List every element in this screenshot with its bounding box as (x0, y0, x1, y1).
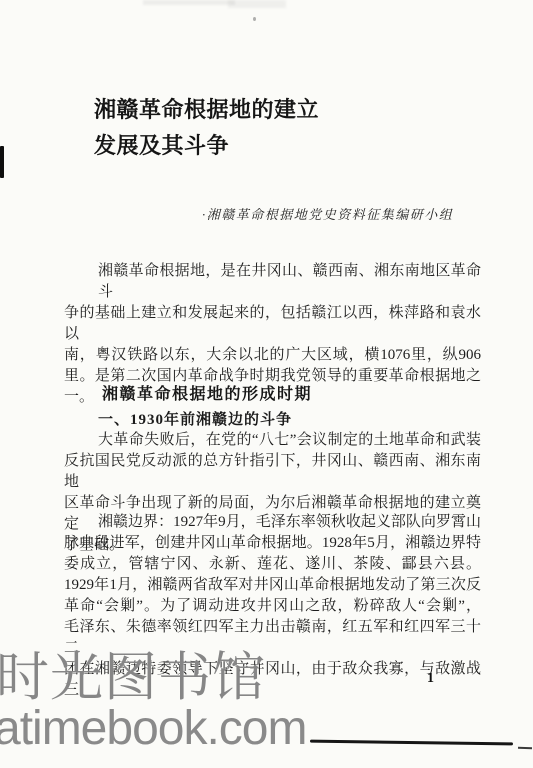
body-line: 湘赣边界：1927年9月，毛泽东率领秋收起义部队向罗霄山 (64, 512, 481, 533)
watermark-site-domain: atimebook.com (0, 703, 306, 755)
scanned-book-page: 湘赣革命根据地的建立 发展及其斗争 ·湘赣革命根据地党史资料征集编研小组 湘赣革… (0, 0, 533, 768)
article-title-line-2: 发展及其斗争 (94, 128, 319, 164)
article-title: 湘赣革命根据地的建立 发展及其斗争 (94, 92, 319, 164)
article-title-line-1: 湘赣革命根据地的建立 (94, 92, 319, 128)
body-line: 南，粤汉铁路以东，大余以北的广大区域，横1076里，纵906 (64, 345, 481, 366)
body-line: 革命“会剿”。为了调动进攻井冈山之敌，粉碎敌人“会剿”， (64, 596, 481, 617)
sub-heading: 一、1930年前湘赣边的斗争 (98, 408, 292, 429)
footer-rule-dash (518, 747, 532, 749)
author-byline: ·湘赣革命根据地党史资料征集编研小组 (202, 204, 492, 223)
footer-rule (310, 740, 513, 746)
body-line: 反抗国民党反动派的总方针指引下，井冈山、赣西南、湘东南地 (64, 451, 481, 493)
watermark-site-name: 时光图书馆 (0, 650, 266, 706)
body-line: 争的基础上建立和发展起来的，包括赣江以西，株萍路和袁水以 (64, 303, 481, 345)
binding-mark (0, 146, 4, 178)
scan-artifact (143, 0, 235, 5)
scan-artifact (253, 17, 256, 21)
body-line: 湘赣革命根据地，是在井冈山、赣西南、湘东南地区革命斗 (64, 261, 481, 303)
body-line: 脉中段进军，创建井冈山革命根据地。1928年5月，湘赣边界特 (64, 533, 481, 554)
body-line: 1929年1月，湘赣两省敌军对井冈山革命根据地发动了第三次反 (64, 575, 481, 596)
page-number: 1 (427, 671, 434, 687)
body-line: 大革命失败后，在党的“八七”会议制定的土地革命和武装 (64, 430, 481, 451)
section-heading: 湘赣革命根据地的形成时期 (102, 381, 312, 404)
body-line: 委成立，管辖宁冈、永新、莲花、遂川、茶陵、酃县六县。 (64, 554, 481, 575)
scan-artifact (228, 0, 286, 8)
